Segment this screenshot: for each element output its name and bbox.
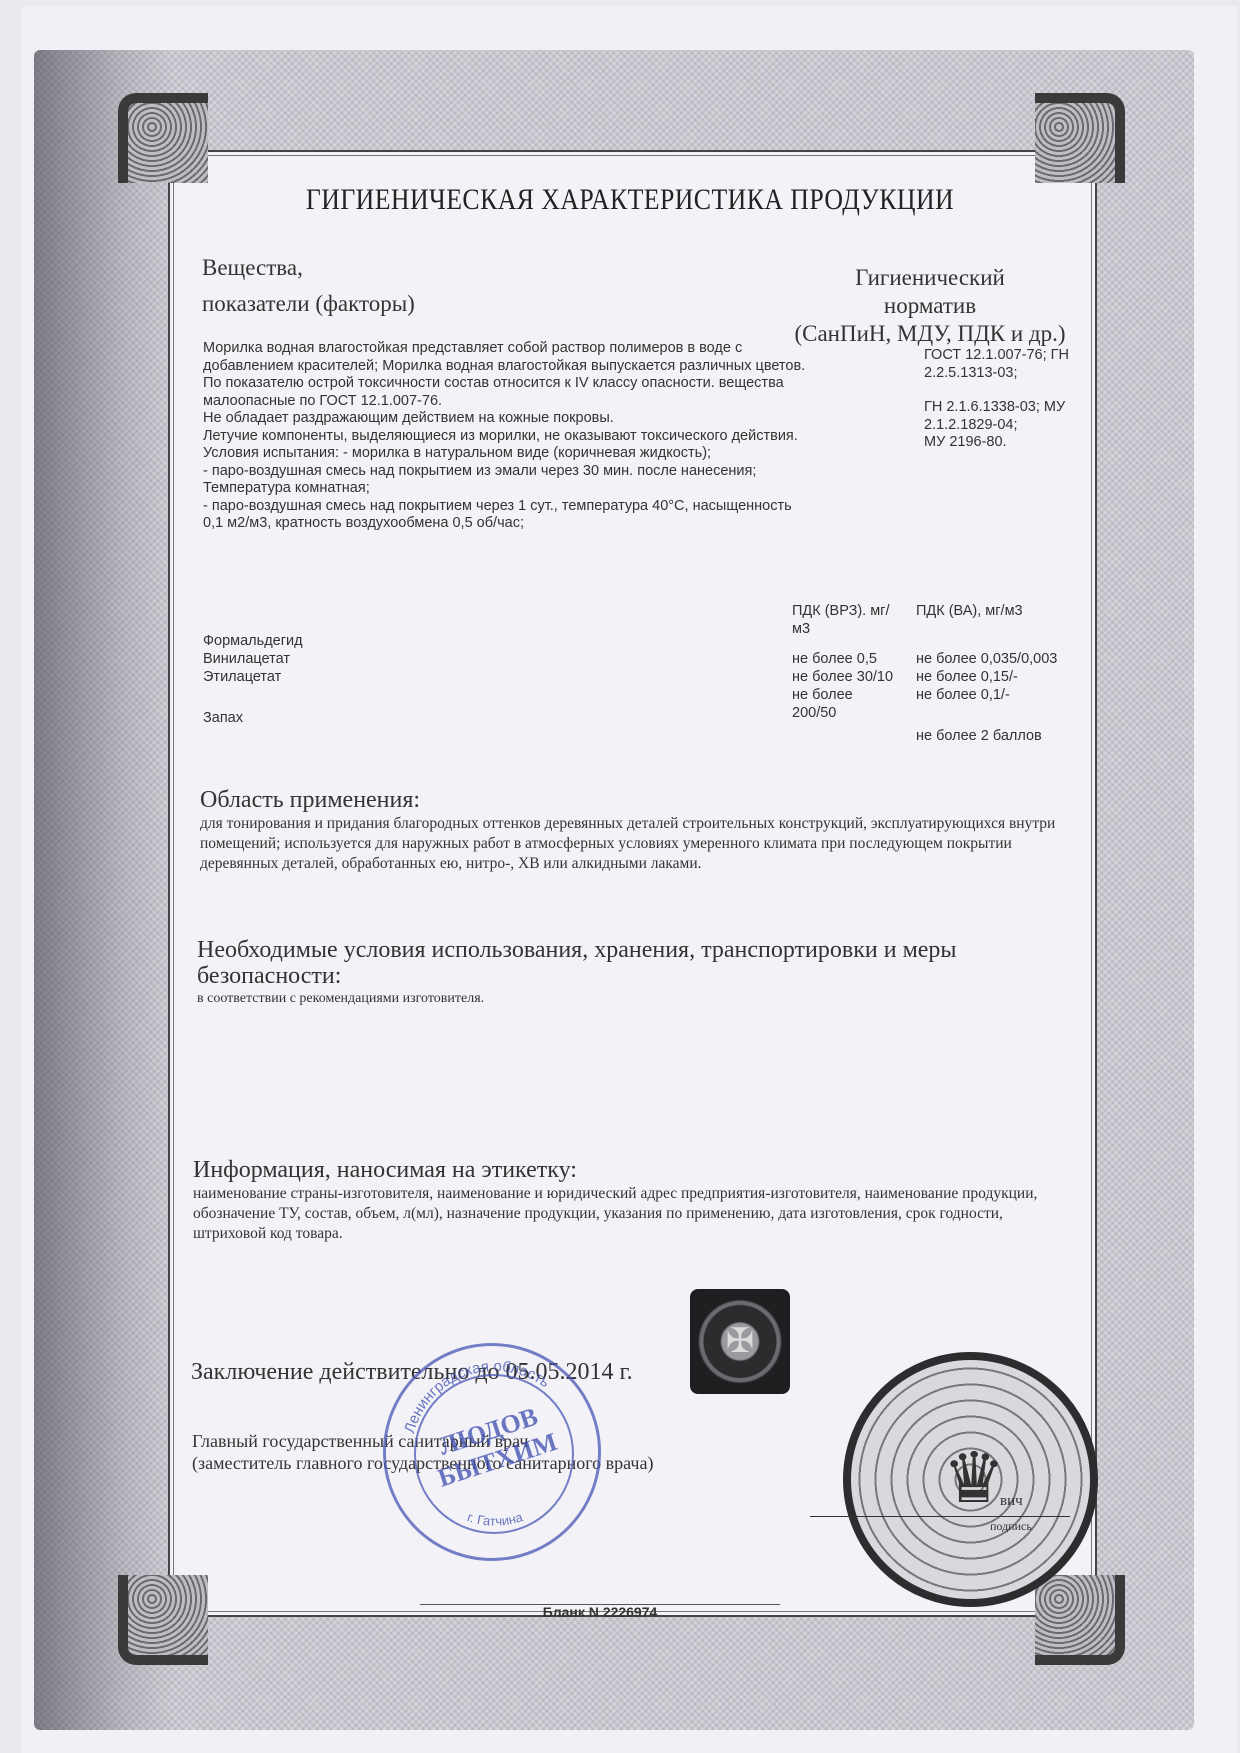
description-paragraph: - паро-воздушная смесь над покрытием чер… bbox=[203, 498, 808, 533]
substance-name: Запах bbox=[203, 710, 243, 728]
description-paragraph: Условия испытания: - морилка в натуральн… bbox=[203, 445, 808, 463]
svg-text:г. Гатчина: г. Гатчина bbox=[465, 1509, 525, 1529]
pdk-vrz-value: не более 0,5 bbox=[792, 651, 902, 669]
section-body: для тонирования и придания благородных о… bbox=[200, 814, 1060, 874]
pdk-vrz-value: не более 30/10 bbox=[792, 669, 902, 687]
norm-reference: ГОСТ 12.1.007-76; ГН 2.2.5.1313-03; bbox=[924, 347, 1094, 382]
double-headed-eagle-icon: ♛ bbox=[929, 1430, 1019, 1530]
column-header-pdk-va: ПДК (ВА), мг/м3 bbox=[916, 603, 1086, 621]
header-right-line: Гигиенический bbox=[770, 264, 1090, 292]
pdk-va-value: не более 0,1/- bbox=[916, 687, 1086, 705]
header-substances: Вещества, показатели (факторы) bbox=[202, 252, 415, 320]
description-paragraph: Не обладает раздражающим действием на ко… bbox=[203, 410, 808, 428]
pdk-va-value: не более 0,035/0,003 bbox=[916, 651, 1086, 669]
description-paragraph: По показателю острой токсичности состав … bbox=[203, 375, 808, 410]
header-right-line: норматив bbox=[770, 292, 1090, 320]
section-application: Область применения: для тонирования и пр… bbox=[200, 787, 1060, 874]
norm-references: ГОСТ 12.1.007-76; ГН 2.2.5.1313-03; ГН 2… bbox=[924, 347, 1094, 452]
section-conditions: Необходимые условия использования, хране… bbox=[197, 937, 1057, 1009]
header-left-line: показатели (факторы) bbox=[202, 288, 415, 320]
section-body: в соответствии с рекомендациями изготови… bbox=[197, 989, 1057, 1009]
section-body: наименование страны-изготовителя, наимен… bbox=[193, 1184, 1053, 1244]
description-paragraph: Морилка водная влагостойкая представляет… bbox=[203, 340, 808, 375]
header-left-line: Вещества, bbox=[202, 252, 415, 284]
ornament-corner-icon bbox=[1035, 1575, 1125, 1665]
norm-reference: МУ 2196-80. bbox=[924, 434, 1094, 452]
column-header-pdk-vrz: ПДК (ВРЗ). мг/м3 bbox=[792, 603, 892, 638]
pdk-vrz-value: не более 200/50 bbox=[792, 687, 882, 722]
signatory-name: вич bbox=[1000, 1493, 1023, 1510]
document-title: ГИГИЕНИЧЕСКАЯ ХАРАКТЕРИСТИКА ПРОДУКЦИИ bbox=[260, 183, 1000, 217]
substance-name: Формальдегид bbox=[203, 633, 303, 651]
eagle-emblem-icon: ✠ bbox=[717, 1319, 763, 1365]
pdk-va-value: не более 0,15/- bbox=[916, 669, 1086, 687]
section-heading: Необходимые условия использования, хране… bbox=[197, 937, 1057, 989]
hologram-emblem: ✠ bbox=[690, 1289, 790, 1394]
ornament-corner-icon bbox=[1035, 93, 1125, 183]
section-heading: Информация, наносимая на этикетку: bbox=[193, 1157, 1053, 1184]
pdk-va-value: не более 2 баллов bbox=[916, 728, 1086, 746]
norm-reference: ГН 2.1.6.1338-03; МУ 2.1.2.1829-04; bbox=[924, 399, 1094, 434]
product-description: Морилка водная влагостойкая представляет… bbox=[203, 340, 808, 533]
description-paragraph: - паро-воздушная смесь над покрытием из … bbox=[203, 463, 808, 498]
signature-caption: подпись bbox=[990, 1519, 1032, 1534]
blank-number: Бланк N 2226974 bbox=[420, 1604, 780, 1619]
description-paragraph: Летучие компоненты, выделяющиеся из мори… bbox=[203, 428, 808, 446]
signature-line bbox=[810, 1516, 1070, 1517]
header-norm: Гигиенический норматив (СанПиН, МДУ, ПДК… bbox=[770, 264, 1090, 348]
substance-name: Винилацетат bbox=[203, 651, 290, 669]
section-label-info: Информация, наносимая на этикетку: наиме… bbox=[193, 1157, 1053, 1244]
official-seal: ♛ bbox=[843, 1352, 1098, 1607]
pdk-table: ПДК (ВРЗ). мг/м3 ПДК (ВА), мг/м3 Формаль… bbox=[203, 603, 1083, 743]
organization-stamp: Ленинградская область г. Гатчина ЛЮДОВ Б… bbox=[383, 1343, 601, 1561]
section-heading: Область применения: bbox=[200, 787, 1060, 814]
ornament-corner-icon bbox=[118, 1575, 208, 1665]
ornament-corner-icon bbox=[118, 93, 208, 183]
substance-name: Этилацетат bbox=[203, 669, 281, 687]
header-right-line: (СанПиН, МДУ, ПДК и др.) bbox=[770, 320, 1090, 348]
